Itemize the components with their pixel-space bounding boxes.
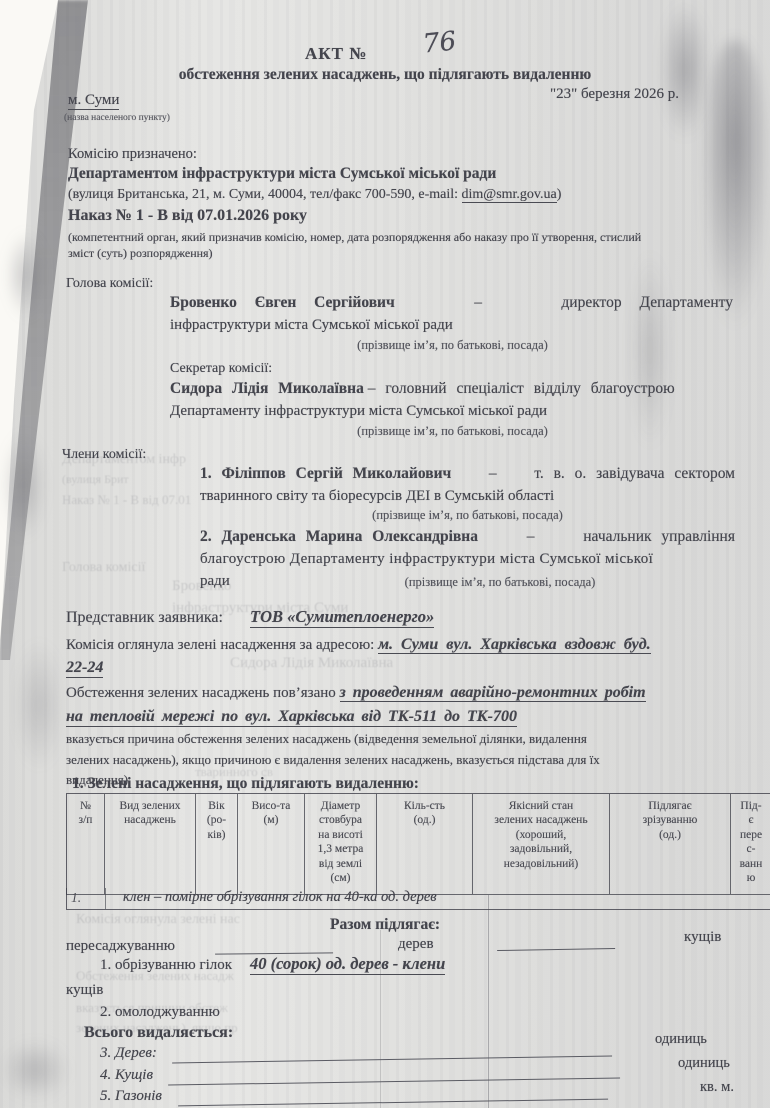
act-date: "23" березня 2026 р. xyxy=(550,86,679,103)
applicant-label: Представник заявника: xyxy=(66,609,223,627)
member-1-title: т. в. о. завідувача сектором xyxy=(534,465,735,483)
item4-label: 4. Кущів xyxy=(100,1067,153,1084)
secretary-label: Секретар комісії: xyxy=(170,361,272,377)
ghost-text: Наказ № 1 - В від 07.01 xyxy=(62,492,191,508)
scanned-document: Департаментом інфр (вулиця Брит Наказ № … xyxy=(0,0,770,1108)
row-text: клен – помірне обрізування гілок на 40-к… xyxy=(123,889,437,906)
row-number: 1. xyxy=(71,890,81,906)
city-field: м. Суми xyxy=(68,92,119,110)
scan-smudge xyxy=(6,230,46,320)
act-number-handwritten: 76 xyxy=(422,26,458,59)
transplant-label: пересаджуванню xyxy=(66,938,175,955)
dash: – xyxy=(474,294,482,312)
col-header-diameter: Діаметр стовбура на висоті 1,3 метра від… xyxy=(305,794,377,895)
address-value: м. Суми вул. Харківська вздовж буд. xyxy=(378,636,651,654)
table-title: 1. Зелені насадження, що підлягають вида… xyxy=(72,775,419,793)
commission-assigned-label: Комісію призначено: xyxy=(68,146,197,163)
head-name: Бровенко Євген Сергійович xyxy=(170,294,395,312)
reason-caption-2: зелених насаджень), якщо причиною є вида… xyxy=(66,752,600,768)
trees-label: дерев xyxy=(398,936,434,953)
trees-blank xyxy=(497,933,615,951)
member-2-line2: благоустрою Департаменту інфраструктури … xyxy=(200,551,653,568)
member-2-line3: ради xyxy=(200,573,230,590)
order-number: Наказ № 1 - В від 07.01.2026 року xyxy=(68,207,307,225)
item1-label: 1. обрізуванню гілок xyxy=(100,957,232,974)
address-line: Комісія оглянула зелені насадження за ад… xyxy=(66,636,651,654)
ghost-text: Голова комісії xyxy=(62,560,145,576)
head-title: директор Департаменту xyxy=(561,294,733,312)
details-post: ) xyxy=(557,187,562,202)
commission-department: Департаментом інфраструктури міста Сумсь… xyxy=(68,165,496,183)
member-1-name: 1. Філіппов Сергій Миколайович xyxy=(200,465,451,483)
head-name-line: Бровенко Євген Сергійович – директор Деп… xyxy=(170,294,733,312)
col-header-number: № з/п xyxy=(67,794,105,895)
secretary-title: – головний спеціаліст відділу благоустро… xyxy=(368,380,675,397)
dash: – xyxy=(527,528,535,546)
details-pre: (вулиця Британська, 21, м. Суми, 40004, … xyxy=(68,187,462,202)
ghost-text: Сидора Лідія Миколаївна xyxy=(230,655,393,672)
secretary-caption: (прізвище ім’я, по батькові, посада) xyxy=(170,424,735,439)
act-subtitle: обстеження зелених насаджень, що підляга… xyxy=(0,66,770,84)
col-header-species: Вид зелених насаджень xyxy=(105,794,196,895)
col-header-age: Вік (ро- ків) xyxy=(196,794,238,895)
column-divider xyxy=(105,888,106,909)
member-2-caption: (прізвище ім’я, по батькові, посада) xyxy=(300,575,700,590)
dash: – xyxy=(489,465,497,483)
reason-line: Обстеження зелених насаджень пов’язано з… xyxy=(66,684,646,702)
ghost-text: (вулиця Брит xyxy=(62,472,129,487)
order-caption-1: (компетентний орган, який призначив комі… xyxy=(68,230,641,245)
col-header-transplant: Під- є пере с- ванн ю xyxy=(731,794,770,895)
item2-label: 2. омолоджуванню xyxy=(100,1004,220,1021)
head-label: Голова комісії: xyxy=(66,276,153,292)
bushes2-label: кущів xyxy=(66,982,103,999)
transplant-blank xyxy=(215,937,333,954)
item1-value: 40 (сорок) од. дерев - клени xyxy=(250,954,445,975)
order-caption-2: зміст (суть) розпорядження) xyxy=(68,246,213,261)
plantings-table: № з/п Вид зелених насаджень Вік (ро- ків… xyxy=(66,793,770,895)
ghost-text: Комісія оглянула зелені нас xyxy=(76,912,240,928)
reason-caption-1: вказується причина обстеження зелених на… xyxy=(66,731,587,747)
address-value-2: 22-24 xyxy=(66,659,103,678)
units-2: одиниць xyxy=(678,1055,730,1072)
totals-header: Разом підлягає: xyxy=(330,916,440,934)
head-caption: (прізвище ім’я, по батькові, посада) xyxy=(170,338,735,353)
units-3: кв. м. xyxy=(700,1079,734,1096)
member-2-title: начальник управління xyxy=(583,528,735,546)
col-header-condition: Якісний стан зелених насаджень (хороший,… xyxy=(473,794,610,895)
reason-label: Обстеження зелених насаджень пов’язано xyxy=(66,685,336,701)
reason-value-1: з проведенням аварійно-ремонтних робіт xyxy=(340,684,646,702)
scan-smudge xyxy=(2,430,46,540)
removal-header: Всього видаляється: xyxy=(84,1024,233,1042)
department-details: (вулиця Британська, 21, м. Суми, 40004, … xyxy=(68,187,561,203)
members-label: Члени комісії: xyxy=(62,447,146,463)
col-header-height: Висо-та (м) xyxy=(238,794,305,895)
secretary-name: Сидора Лідія Миколаївна xyxy=(170,380,364,397)
member-1-caption: (прізвище ім’я, по батькові, посада) xyxy=(200,508,735,523)
secretary-line2: Департаменту інфраструктури міста Сумськ… xyxy=(170,403,547,420)
col-header-quantity: Кіль-сть (од.) xyxy=(377,794,473,895)
secretary-name-line: Сидора Лідія Миколаївна – головний спеці… xyxy=(170,380,675,398)
member-2-name-line: 2. Даренська Марина Олександрівна – нача… xyxy=(200,528,735,546)
city-caption: (назва населеного пункту) xyxy=(64,113,170,123)
act-title: АКТ № xyxy=(305,44,367,64)
address-label: Комісія оглянула зелені насадження за ад… xyxy=(66,637,374,653)
department-email: dim@smr.gov.ua xyxy=(462,187,557,203)
member-2-name: 2. Даренська Марина Олександрівна xyxy=(200,528,478,546)
units-1: одиниць xyxy=(655,1031,707,1048)
bushes-label: кущів xyxy=(684,929,721,946)
scan-smudge xyxy=(0,1040,70,1100)
head-line2: інфраструктури міста Сумської міської ра… xyxy=(170,317,453,334)
item3-label: 3. Дерев: xyxy=(100,1045,157,1062)
col-header-cutting: Підлягає зрізуванню (од.) xyxy=(610,794,731,895)
member-1-line2: тваринного світу та біоресурсів ДЕІ в Су… xyxy=(200,488,554,505)
member-1-name-line: 1. Філіппов Сергій Миколайович – т. в. о… xyxy=(200,465,735,483)
item5-label: 5. Газонів xyxy=(100,1088,162,1105)
reason-value-2: на тепловій мережі по вул. Харківська ві… xyxy=(66,708,517,727)
table-row: 1. клен – помірне обрізування гілок на 4… xyxy=(66,888,770,910)
scan-smudge xyxy=(14,640,64,770)
applicant-value: ТОВ «Сумитеплоенерго» xyxy=(250,607,434,628)
